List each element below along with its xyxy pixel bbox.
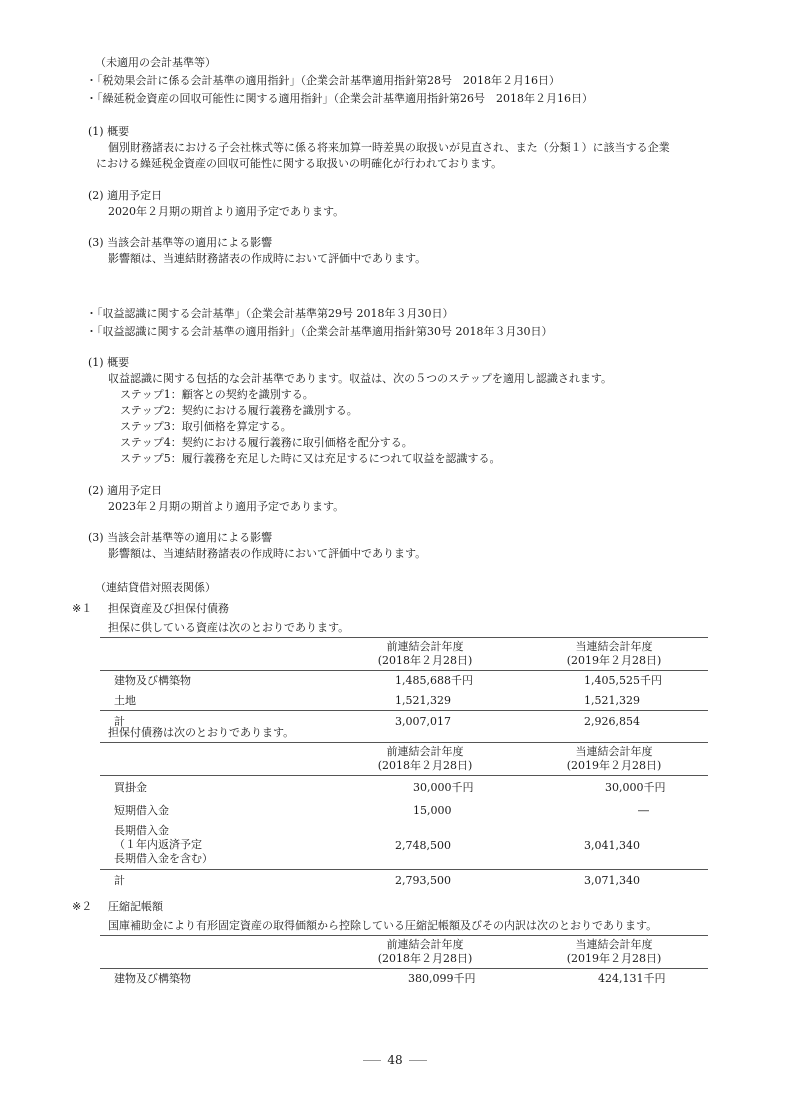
item-text: 影響額は、当連結財務諸表の作成時において評価中であります。 — [108, 251, 426, 266]
table-row: 建物及び構築物 380,099千円 424,131千円 — [100, 969, 708, 989]
item-label: (2) 適用予定日 — [88, 483, 162, 498]
item-label: (1) 概要 — [88, 124, 129, 139]
dash-decoration — [363, 1060, 381, 1061]
column-header-curr: 当連結会計年度(2019年２月28日) — [520, 743, 708, 776]
bullet-item: ・「繰延税金資産の回収可能性に関する適用指針」（企業会計基準適用指針第26号 2… — [86, 91, 593, 106]
dash-decoration — [409, 1060, 427, 1061]
bullet-item: ・「収益認識に関する会計基準」（企業会計基準第29号 2018年３月30日） — [86, 306, 453, 321]
reduction-entry-table: 前連結会計年度(2018年２月28日) 当連結会計年度(2019年２月28日) … — [100, 935, 708, 989]
item-label: (3) 当該会計基準等の適用による影響 — [88, 235, 272, 250]
item-text: 2020年２月期の期首より適用予定であります。 — [108, 204, 344, 219]
item-text: 個別財務諸表における子会社株式等に係る将来加算一時差異の取扱いが見直され、また（… — [108, 140, 670, 155]
column-header-curr: 当連結会計年度(2019年２月28日) — [520, 936, 708, 969]
table-row: 建物及び構築物 1,485,688千円 1,405,525千円 — [100, 671, 708, 691]
column-header-curr: 当連結会計年度(2019年２月28日) — [520, 638, 708, 671]
table-intro: 担保付債務は次のとおりであります。 — [108, 725, 294, 740]
step-item: ステップ1：顧客との契約を識別する。 — [120, 387, 314, 402]
column-header-prev: 前連結会計年度(2018年２月28日) — [330, 743, 520, 776]
header-label-blank — [100, 638, 330, 671]
page-footer: 48 — [0, 1053, 790, 1068]
secured-debts-table: 前連結会計年度(2018年２月28日) 当連結会計年度(2019年２月28日) … — [100, 742, 708, 892]
table-intro: 国庫補助金により有形固定資産の取得価額から控除している圧縮記帳額及びその内訳は次… — [108, 918, 657, 933]
column-header-prev: 前連結会計年度(2018年２月28日) — [330, 936, 520, 969]
header-label-blank — [100, 743, 330, 776]
item-text: 2023年２月期の期首より適用予定であります。 — [108, 499, 344, 514]
bullet-item: ・「税効果会計に係る会計基準の適用指針」（企業会計基準適用指針第28号 2018… — [86, 73, 560, 88]
table-intro: 担保に供している資産は次のとおりであります。 — [108, 620, 349, 635]
section-heading-unapplied-standards: （未適用の会計基準等） — [95, 55, 216, 70]
table-row: 買掛金 30,000千円 30,000千円 — [100, 776, 708, 800]
step-item: ステップ4：契約における履行義務に取引価格を配分する。 — [120, 435, 413, 450]
step-item: ステップ3：取引価格を算定する。 — [120, 419, 292, 434]
table-row: 長期借入金 （１年内返済予定 長期借入金を含む） 2,748,500 3,041… — [100, 822, 708, 870]
step-item: ステップ5：履行義務を充足した時に又は充足するにつれて収益を認識する。 — [120, 451, 501, 466]
bullet-item: ・「収益認識に関する会計基準の適用指針」（企業会計基準適用指針第30号 2018… — [86, 324, 552, 339]
item-text: 収益認識に関する包括的な会計基準であります。収益は、次の５つのステップを適用し認… — [108, 371, 612, 386]
note-title: 担保資産及び担保付債務 — [108, 601, 229, 616]
item-label: (2) 適用予定日 — [88, 188, 162, 203]
section-heading-balance-sheet: （連結貸借対照表関係） — [95, 580, 216, 595]
item-label: (3) 当該会計基準等の適用による影響 — [88, 530, 272, 545]
note-mark: ※１ — [72, 601, 92, 616]
note-mark: ※２ — [72, 899, 92, 914]
item-text: における繰延税金資産の回収可能性に関する取扱いの明確化が行われております。 — [96, 156, 502, 171]
collateral-assets-table: 前連結会計年度(2018年２月28日) 当連結会計年度(2019年２月28日) … — [100, 637, 708, 732]
note-title: 圧縮記帳額 — [108, 899, 163, 914]
page-number: 48 — [387, 1053, 402, 1067]
header-label-blank — [100, 936, 330, 969]
table-row: 土地 1,521,329 1,521,329 — [100, 691, 708, 711]
item-label: (1) 概要 — [88, 355, 129, 370]
item-text: 影響額は、当連結財務諸表の作成時において評価中であります。 — [108, 546, 426, 561]
step-item: ステップ2：契約における履行義務を識別する。 — [120, 403, 358, 418]
column-header-prev: 前連結会計年度(2018年２月28日) — [330, 638, 520, 671]
table-total-row: 計 2,793,500 3,071,340 — [100, 870, 708, 892]
table-row: 短期借入金 15,000 ― — [100, 800, 708, 822]
